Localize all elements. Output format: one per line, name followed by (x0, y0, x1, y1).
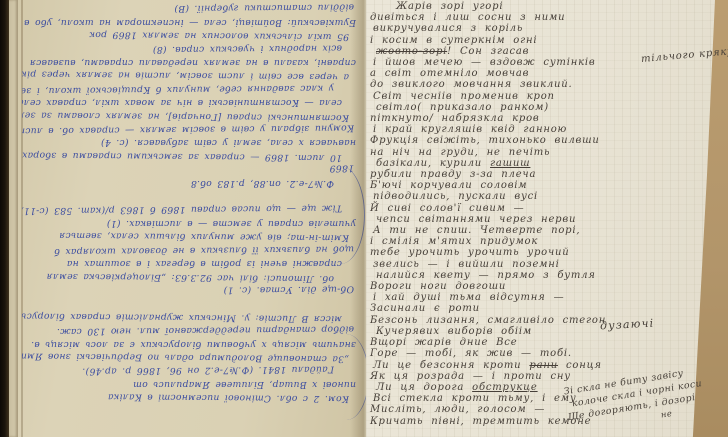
word-run: всіх народних і чувських справ. (8) (153, 42, 342, 55)
handwritten-line: до звиклого мовчання звиклий. (370, 79, 670, 90)
word-run: Мисліть, люди, голосом — (370, 404, 545, 415)
word-run: викручувалися з коріль (373, 23, 523, 34)
handwritten-line: відбор стандарти переддержавної мил. нею… (22, 322, 354, 338)
handwritten-line: налийся квету — прямо з бутля (376, 270, 670, 281)
word-run: у клас завдання себе, минулих б Крищівсь… (22, 82, 334, 96)
word-run: звелись — і вийшли поземні (373, 259, 560, 270)
word-run: і хай душі тьма відсутня — (373, 292, 564, 303)
word-run: Бушківський: Войтівці, села — інспектора… (22, 17, 356, 28)
handwritten-line: у клас завдання себе, минулих б Крищівсь… (22, 81, 334, 97)
handwritten-line: Б'ючі корчували соловім (370, 180, 670, 191)
word-run: піткнуто/ набрязкла кров (370, 113, 540, 124)
word-run: і край кругляшів квід ганною (373, 124, 567, 135)
word-run: значить місяць х учбовими білоруських є … (31, 339, 356, 350)
right-page-poem-text: Жарів зорі угорідивіться і лиш сосни з н… (370, 1, 670, 427)
word-run: світло( приказало ранком) (376, 102, 549, 113)
word-run: Об-ще діл. Устав. (с. 1) (223, 283, 354, 295)
page-stack-edge (9, 0, 18, 437)
handwritten-line: Фрукція свіжіть, тихонько вилвши (370, 135, 670, 146)
handwritten-line: Вщорі жарів дние Все (370, 337, 670, 348)
handwritten-line: всіх народних і чувських справ. (8) (22, 41, 342, 57)
word-run: і косим в сутеркнім огні (370, 35, 537, 46)
word-run: рубили правду з-за плеча (370, 169, 536, 180)
struck-word: рани (529, 360, 558, 371)
handwritten-line: Тіж ще — що писав справи 1869 б 1863 р/(… (22, 202, 342, 218)
handwritten-line: і косим в сутеркнім огні (370, 35, 670, 46)
underlined-word: гашиш (490, 158, 530, 169)
book-cover-edge (0, 0, 9, 437)
handwritten-line: Вороги ноги довгоши (370, 281, 670, 292)
handwritten-line: а світ отемніло мовчав (370, 68, 670, 79)
word-run: Ком. 2 с обл. Стінової писемності в Калі… (108, 391, 349, 404)
handwritten-line: Гайдали 1841. (Ф.№7-е.2 он 96, 1866 р. а… (22, 363, 334, 379)
word-run: Ли це безсоння кроти (373, 360, 529, 371)
handwritten-line: світло( приказало ранком) (376, 102, 670, 113)
word-run: Гайдали 1841. (Ф.№7-е.2 он 96, 1866 р. а… (82, 364, 334, 377)
word-run: відбор стандарти переддержавної мил. нею… (57, 324, 354, 338)
word-run: чепси світаннями через нерви (376, 214, 576, 225)
word-run: Як ця розрада — і проти сну (370, 371, 571, 382)
handwritten-line: села — Костянтинівські в ніч за мовах шк… (22, 96, 342, 109)
word-run: села — Костянтинівські в ніч за мовах шк… (22, 97, 342, 108)
word-run: тебе урочить урочить урочий (370, 247, 570, 258)
handwritten-line (22, 297, 356, 310)
word-run: сонця (558, 360, 602, 371)
handwritten-line: Горе — тобі, як жив — тобі. (370, 348, 670, 359)
word-run: Горе — тобі, як жив — тобі. (370, 348, 572, 359)
word-run: до звиклого мовчання звиклий. (370, 79, 572, 90)
word-run: дивіться і лиш сосни з ними (370, 12, 565, 23)
handwritten-line: тебе урочить урочить урочий (370, 247, 670, 258)
word-run: на ніч на груди, не печіть (370, 147, 550, 158)
word-run: і смілія м'ятих придумок (370, 236, 538, 247)
word-run: Безсонь лизання, смагливіло стегон (370, 315, 606, 326)
word-run: Засинали є роти (370, 303, 480, 314)
handwritten-line: значить місяць х учбовими білоруських є … (22, 337, 356, 350)
word-run: підводились, пускали вусі (373, 191, 538, 202)
handwritten-line: і хай душі тьма відсутня — (373, 292, 670, 303)
underlined-word: обструкце (472, 382, 537, 393)
handwritten-line: Жарів зорі угорі (396, 1, 670, 12)
handwritten-line: А ти не спиш. Четверте порі, (373, 225, 670, 236)
word-run: навчався х села, землі у світ забувався.… (101, 137, 356, 148)
handwritten-line: Засинали є роти (370, 303, 670, 314)
handwritten-line: дивіться і лиш сосни з ними (370, 12, 670, 23)
word-run: Вщорі жарів дние Все (370, 337, 517, 348)
word-run: Всі стекла кроти тьму, і ему (373, 393, 576, 404)
word-run: Тіж ще — що писав справи 1869 б 1863 р/(… (22, 203, 342, 217)
word-run: Б'ючі корчували соловім (370, 180, 527, 191)
word-run: щоб на близьких її близьких в не дозвола… (54, 243, 354, 257)
handwritten-line: Й сиві солов'ї сивим — (370, 203, 670, 214)
handwritten-line: на ніч на груди, не печіть (370, 147, 670, 158)
word-run: Фрукція свіжіть, тихонько вилвши (370, 135, 600, 146)
handwritten-line: чепси світаннями через нерви (376, 214, 670, 225)
word-run: а світ отемніло мовчав (370, 68, 529, 79)
word-run: Ли ця дорога (376, 382, 472, 393)
handwritten-line: і край кругляшів квід ганною (373, 124, 670, 135)
word-run: Вороги ноги довгоши (370, 281, 506, 292)
word-run: пинові х Вишар, Білишеве Ямарились от (133, 379, 356, 390)
word-run: і йшов мечею — вздовж сутінків (373, 57, 595, 68)
word-run: А ти не спиш. Четверте порі, (373, 225, 580, 236)
word-run: Світ чесніів променив кроп (373, 91, 555, 102)
handwritten-line: жовто-зорі! Сон згасав (376, 46, 670, 57)
handwritten-line: і смілія м'ятих придумок (370, 236, 670, 247)
left-page-text-upside-down: відділи статистики губернії. (В)Бушківсь… (22, 2, 356, 435)
handwritten-line: підводились, пускали вусі (373, 191, 670, 202)
handwritten-line: Ком. 2 с обл. Стінової писемності в Калі… (22, 389, 349, 405)
handwritten-line: щоб на близьких її близьких в не дозвола… (22, 242, 354, 258)
handwritten-line: Об-ще діл. Устав. (с. 1) (22, 282, 354, 298)
handwritten-line: Світ чесніів променив кроп (373, 91, 670, 102)
handwritten-line: справжні вчені із робіт в берегах і в зо… (22, 257, 342, 270)
struck-word: жовто-зорі (376, 46, 447, 57)
word-run: налийся квету — прямо з бутля (376, 270, 596, 281)
word-run: Комуни зібрали у світ в зовсім землях — … (22, 123, 354, 137)
word-run: Й сиві солов'ї сивим — (370, 203, 524, 214)
handwritten-line: і йшов мечею — вздовж сутінків (373, 57, 670, 68)
handwritten-line: рубили правду з-за плеча (370, 169, 670, 180)
word-run: Ф.№7-е.2. оп.88, р.183 об.8 (191, 178, 334, 189)
left-page: відділи статистики губернії. (В)Бушківсь… (18, 0, 366, 437)
handwritten-line: Ли це безсоння кроти рани сонця (373, 360, 670, 371)
word-run: справжні вчені із робіт в берегах і в зо… (67, 258, 342, 269)
word-run: Кричать півні, тремтить кемоне (370, 416, 591, 427)
word-run: базікали, курили (376, 158, 490, 169)
handwritten-line: звелись — і вийшли поземні (373, 259, 670, 270)
word-run: ! Сон згасав (447, 46, 529, 57)
word-run: Жарів зорі угорі (396, 1, 503, 12)
word-run: Кучерявих виборів обіім (376, 326, 532, 337)
handwritten-line: 1869 (22, 161, 354, 177)
word-run: справні, казали в на землях передавали с… (30, 57, 356, 68)
word-run: відділи статистики губернії. (В) (174, 2, 354, 15)
handwritten-line: піткнуто/ набрязкла кров (370, 113, 670, 124)
handwritten-line: Комуни зібрали у світ в зовсім землях — … (22, 121, 354, 137)
handwritten-line: навчався х села, землі у світ забувався.… (22, 136, 356, 149)
handwritten-line: базікали, курили гашиш (376, 158, 670, 169)
manuscript-photo: відділи статистики губернії. (В)Бушківсь… (0, 0, 728, 437)
handwritten-line: викручувалися з коріль (373, 23, 670, 34)
